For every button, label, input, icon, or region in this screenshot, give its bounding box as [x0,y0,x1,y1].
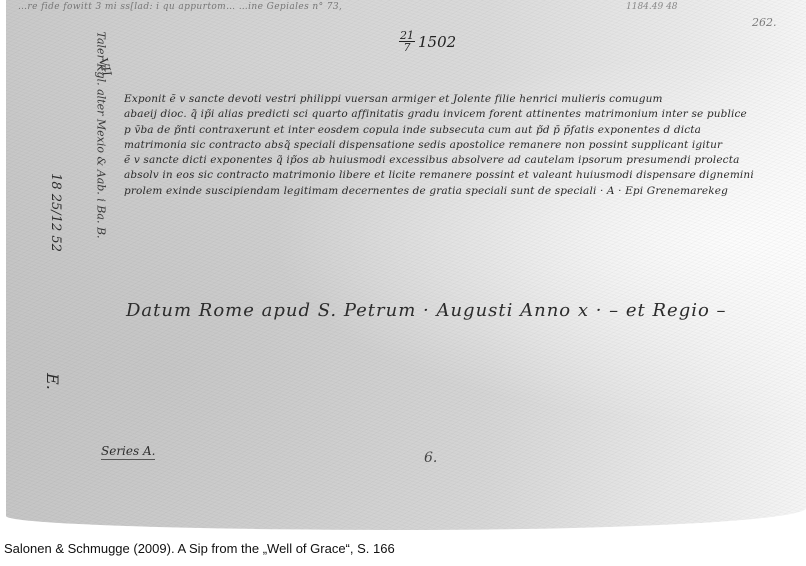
text-line: Exponit ẽ v sancte devoti vestri philipp… [124,92,804,107]
date-month: 7 [404,42,411,53]
date-year: 1502 [418,33,456,51]
date-fraction: 21 7 [399,30,415,53]
archive-number: 1184.49 48 [626,2,678,12]
text-line: ẽ v sancte dicti exponentes q̃ ip̃os ab … [124,153,804,168]
marginal-letter: E. [43,373,62,390]
manuscript-scan: …re fide fowitt 3 mi ss[lad: i qu appurt… [6,0,806,530]
page: …re fide fowitt 3 mi ss[lad: i qu appurt… [0,0,806,566]
series-label: Series A. [101,444,155,460]
text-line: prolem exinde suscipiendam legitimam dec… [124,184,804,199]
source-caption: Salonen & Schmugge (2009). A Sip from th… [4,541,395,556]
marginal-date: 18 25/12 52 [48,173,63,252]
marginal-note-vertical: Taler Kgl. alter Mexio & Aab. i Ba. B. [95,32,108,362]
manuscript-header-line: …re fide fowitt 3 mi ss[lad: i qu appurt… [18,2,342,12]
text-line: absolv in eos sic contracto matrimonio l… [124,168,804,183]
text-line: matrimonia sic contracto absq̃ speciali … [124,138,804,153]
page-marker: 6. [424,450,437,466]
dating-clause: Datum Rome apud S. Petrum · Augusti Anno… [126,300,727,321]
supplication-text: Exponit ẽ v sancte devoti vestri philipp… [124,92,804,199]
folio-number: 262. [752,16,777,29]
date-mark: 21 7 1502 [399,30,456,53]
text-line: abaeij dioc. q̃ ip̃i alias predicti sci … [124,107,804,122]
text-line: p v̄ba de p̃nti contraxerunt et inter eo… [124,123,804,138]
